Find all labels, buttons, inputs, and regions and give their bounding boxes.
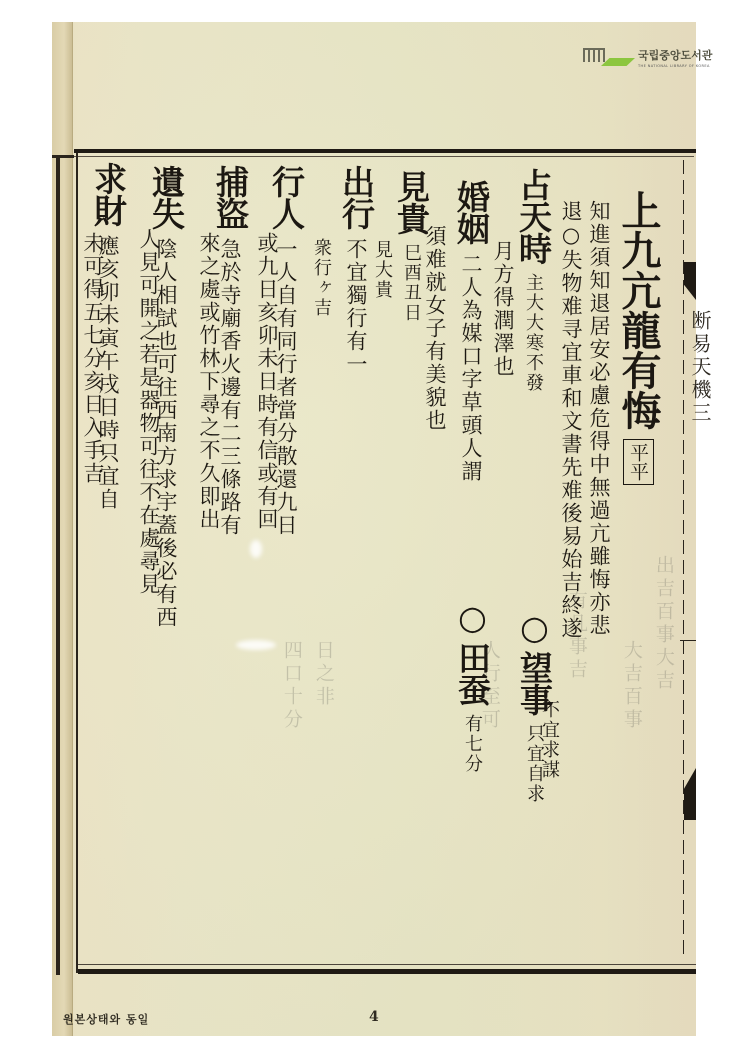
text-column: 未可得五七分亥日入手吉 xyxy=(82,232,103,485)
section-heading: 捕盜 xyxy=(211,165,250,229)
hexagram-title: 上九亢龍有悔 xyxy=(615,190,662,430)
column-text: 有七分 xyxy=(462,714,483,774)
frame-top-inner-rule xyxy=(74,156,694,157)
column-text: 見大貴 xyxy=(372,240,393,300)
text-column: 見貴 巳酉丑日 xyxy=(395,170,428,323)
bleed-text: 大吉百事 xyxy=(620,640,642,732)
margin-title: 断易天機 xyxy=(688,310,712,402)
library-emblem-icon xyxy=(583,46,635,68)
hexagram-title-column: 上九亢龍有悔 平平 xyxy=(618,190,658,485)
column-text: 二人為媒口字草頭人謂 xyxy=(459,253,483,483)
circle-marker: ○ xyxy=(453,598,492,636)
text-column: 退○失物难寻宜車和文書先难後易始吉終遂 xyxy=(560,200,581,640)
column-text: 巳酉丑日 xyxy=(401,243,422,323)
column-text: 衆行ヶ吉 xyxy=(311,238,332,318)
text-column: 婚姻 二人為媒口字草頭人謂 xyxy=(455,180,488,483)
text-column: 見大貴 xyxy=(373,240,391,300)
border-stub xyxy=(52,155,74,158)
text-column: 知進須知退居安必慮危得中無過亢雖悔亦悲 xyxy=(588,200,609,637)
section-heading: 婚姻 xyxy=(452,180,491,244)
column-text: 來之處或竹林下尋之不久即出 xyxy=(197,232,221,531)
column-text: 急於寺廟香火邊有二三條路有 xyxy=(218,238,242,537)
footer-note: 원본상태와 동일 xyxy=(63,1011,149,1027)
text-column: 或九日亥卯未日時有信或有回 xyxy=(256,232,277,531)
circle-marker: ○ xyxy=(515,608,554,646)
frame-right-rule xyxy=(683,160,684,960)
frame-left-rule xyxy=(76,153,78,973)
column-text: 主大大寒不發 xyxy=(523,273,544,393)
column-text: 或九日亥卯未日時有信或有回 xyxy=(255,232,279,531)
text-column: 出行 不宜獨行有一 xyxy=(340,165,373,376)
column-text: 人見可開之若是器物可往不在處尋見 xyxy=(137,228,161,596)
frame-top-rule xyxy=(74,149,696,153)
column-text: 月方得潤澤也 xyxy=(491,240,515,378)
section-heading: 出行 xyxy=(337,165,376,229)
bleed-text: 出吉百事大吉 xyxy=(652,555,674,693)
tone-box: 平平 xyxy=(623,439,654,485)
centre-column-divider xyxy=(680,640,696,641)
column-text: 未可得五七分亥日入手吉 xyxy=(81,232,105,485)
paper-damage xyxy=(236,640,276,650)
section-heading: 占天時 xyxy=(514,168,553,264)
margin-heading: 断易天機三 xyxy=(686,310,715,425)
bleed-text: 四口十分 xyxy=(280,640,302,732)
page-number: 4 xyxy=(369,1009,379,1025)
section-heading: 遺失 xyxy=(147,165,186,229)
section-heading: 行人 xyxy=(267,165,306,229)
column-note: 不宜求謀 xyxy=(540,700,558,780)
library-name-korean: 국립중앙도서관 xyxy=(638,47,712,63)
text-column: 月方得潤澤也 xyxy=(492,240,513,378)
paper-damage xyxy=(250,540,262,558)
frame-bottom-inner-rule xyxy=(78,964,696,965)
column-text: 知進須知退居安必慮危得中無過亢雖悔亦悲 xyxy=(587,200,611,637)
text-column: 來之處或竹林下尋之不久即出 xyxy=(198,232,219,531)
margin-volume: 三 xyxy=(688,402,712,425)
bleed-text: 日之非 xyxy=(312,640,334,709)
text-column-sub: ○ 田蚕 有七分 xyxy=(456,598,489,774)
text-column: 占天時 主大大寒不發 xyxy=(517,168,550,393)
column-text: 不宜獨行有一 xyxy=(344,238,368,376)
outer-border-left xyxy=(56,155,60,975)
column-text: 退○失物难寻宜車和文書先难後易始吉終遂 xyxy=(559,200,583,640)
library-name-english: THE NATIONAL LIBRARY OF KOREA xyxy=(638,64,712,68)
text-column: 衆行ヶ吉 xyxy=(312,238,330,318)
frame-bottom-rule xyxy=(78,969,696,974)
text-column: 人見可開之若是器物可往不在處尋見 xyxy=(138,228,159,596)
section-heading: 田蚕 xyxy=(453,641,492,705)
section-heading: 求財 xyxy=(89,162,128,226)
section-heading: 見貴 xyxy=(392,170,431,234)
library-logo: 국립중앙도서관 THE NATIONAL LIBRARY OF KOREA xyxy=(583,46,712,68)
